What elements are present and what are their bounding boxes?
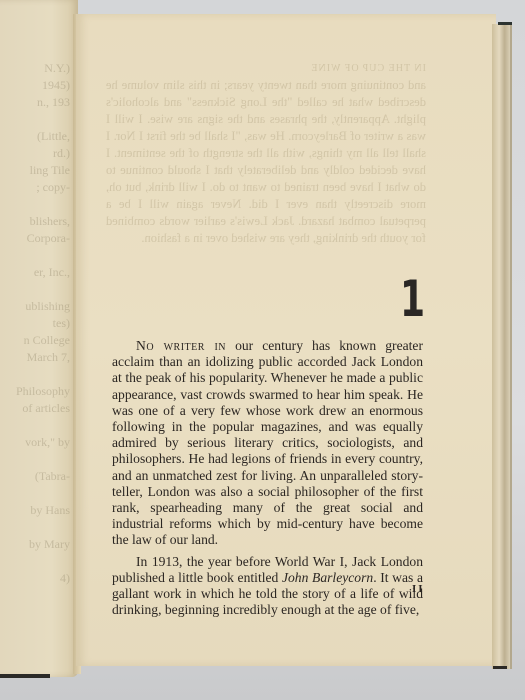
left-page-bleed-text: N.Y.) 1945) n., 193 (Little, rd.) ling T… xyxy=(0,60,70,587)
left-facing-page: N.Y.) 1945) n., 193 (Little, rd.) ling T… xyxy=(0,0,78,677)
paragraph-1-text: our century has known greater acclaim th… xyxy=(112,338,423,547)
paragraph-1: No writer in our century has known great… xyxy=(112,338,423,549)
back-cover-edge xyxy=(492,24,512,669)
page-number: II xyxy=(412,583,425,595)
left-cover-edge xyxy=(0,674,50,678)
chapter-body: No writer in our century has known great… xyxy=(112,338,423,618)
cover-bottom-corner xyxy=(493,666,507,669)
bleed-running-head: IN THE CUP OF WINE xyxy=(106,60,426,77)
lead-in-smallcaps: No writer in xyxy=(136,338,226,353)
cover-top-corner xyxy=(498,22,512,25)
chapter-number: 1 xyxy=(400,277,416,322)
paragraph-2: In 1913, the year before World War I, Ja… xyxy=(112,554,423,619)
book-title-italic: John Barleycorn xyxy=(282,570,373,585)
bleed-through-text: IN THE CUP OF WINE and continuing more t… xyxy=(106,60,426,247)
bleed-body: and continuing more than twenty years; i… xyxy=(106,77,426,247)
